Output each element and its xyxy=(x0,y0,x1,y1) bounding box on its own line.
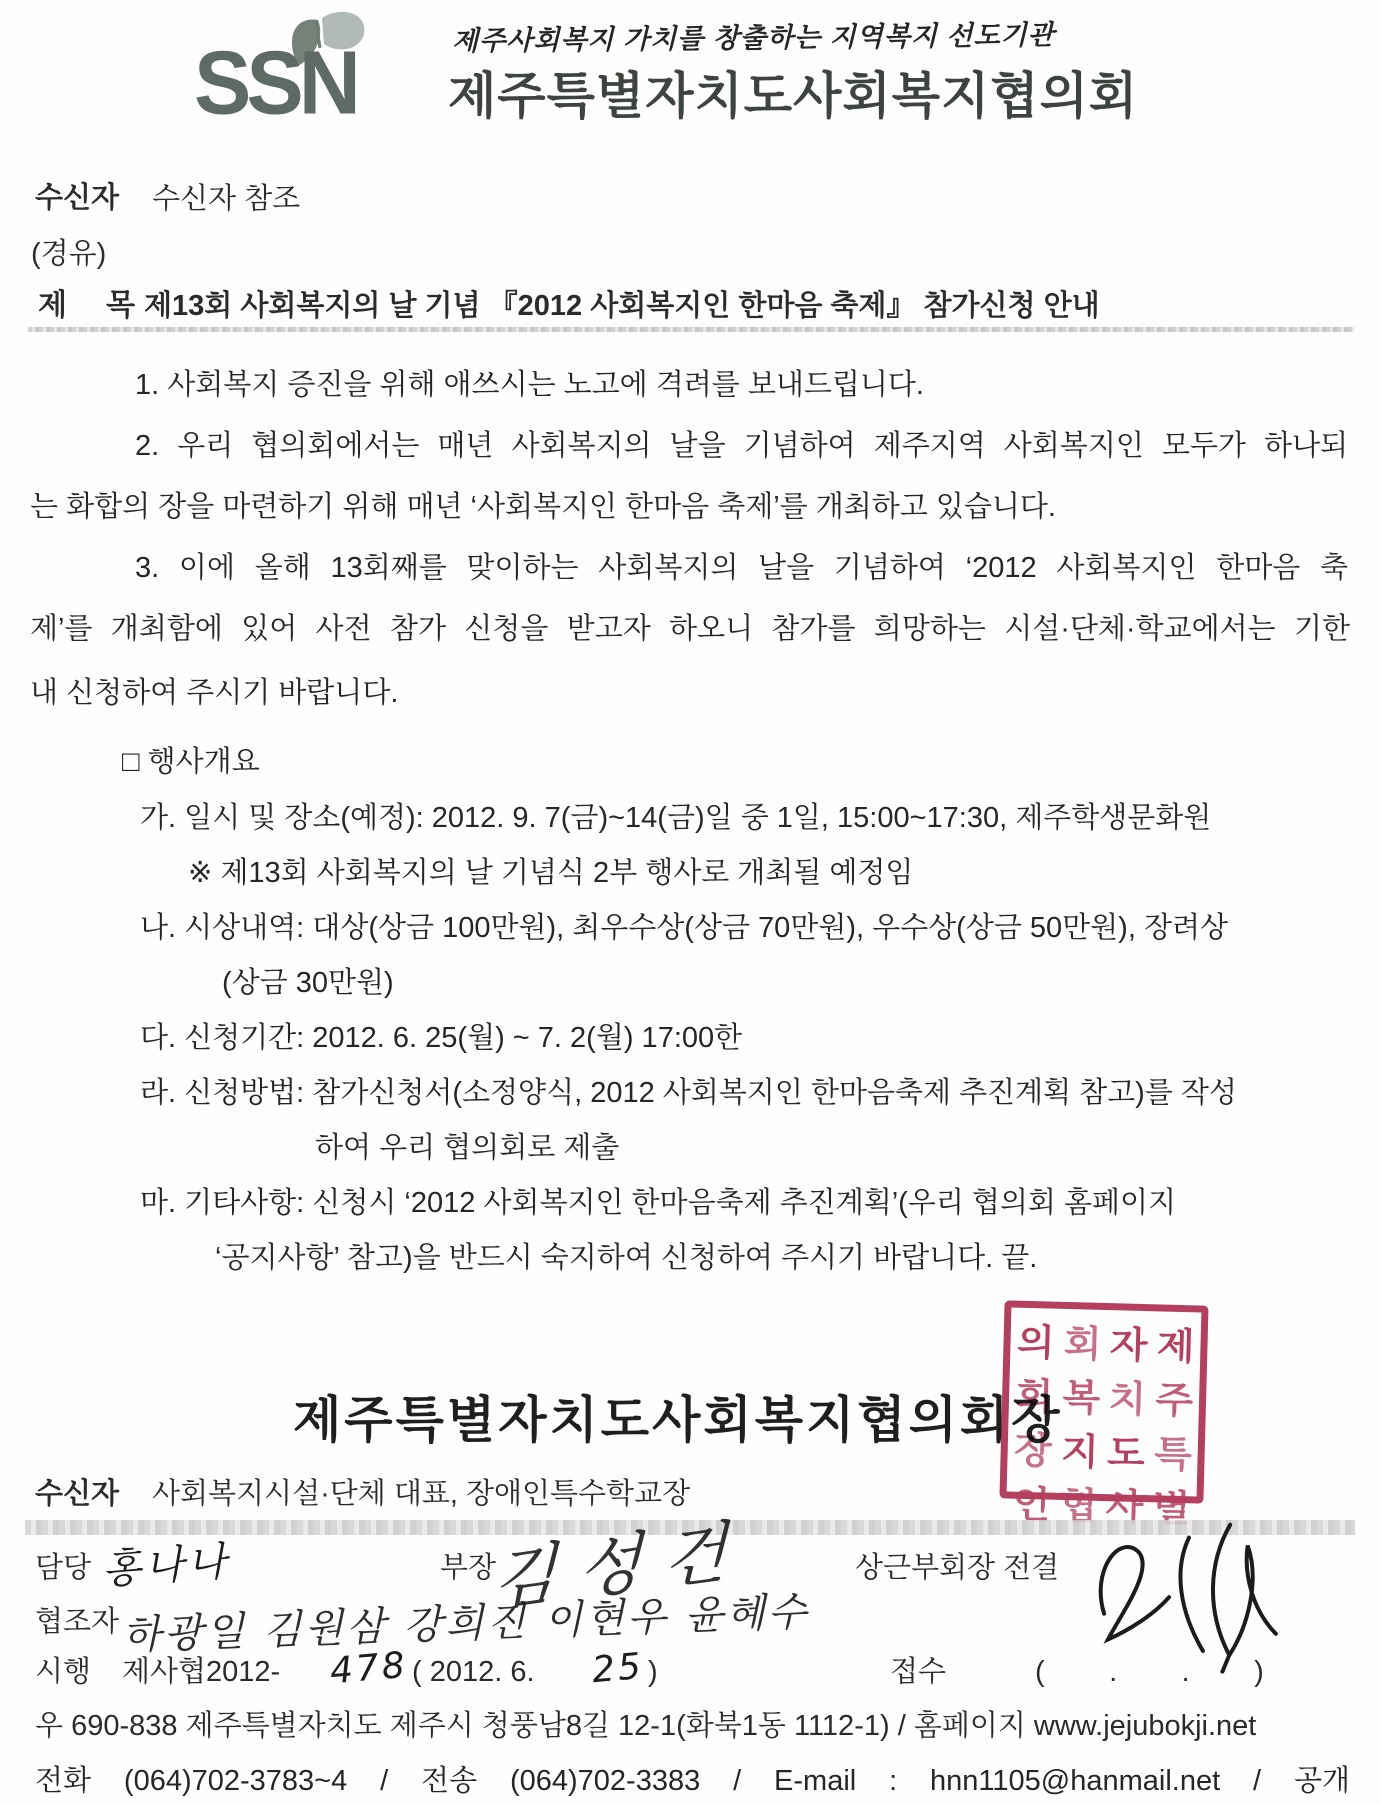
subject-value: 제13회 사회복지의 날 기념 『2012 사회복지인 한마음 축제』 참가신청… xyxy=(144,290,1100,323)
body-line: 나. 시상내역: 대상(상금 100만원), 최우수상(상금 70만원), 우수… xyxy=(140,911,1228,946)
seal-char: 의 xyxy=(1011,1312,1061,1367)
body-line: 가. 일시 및 장소(예정): 2012. 9. 7(금)~14(금)일 중 1… xyxy=(140,801,1211,836)
seal-char: 지 xyxy=(1054,1421,1104,1476)
doc-number-prefix: 제사협2012- xyxy=(122,1656,280,1689)
header-tagline: 제주사회복지 가치를 창출하는 지역복지 선도기관 xyxy=(452,13,1055,58)
body-line: 하여 우리 협의회로 제출 xyxy=(315,1131,619,1166)
signer-title: 제주특별자치도사회복지협의회장 xyxy=(293,1380,1063,1452)
ssn-logo: SSN xyxy=(194,38,356,128)
hyeopjoja-label: 협조자 xyxy=(35,1606,119,1639)
seal-char: 특 xyxy=(1147,1423,1197,1478)
seal-char: 도 xyxy=(1101,1422,1151,1477)
subject-divider xyxy=(28,327,1354,332)
body-line: 마. 기타사항: 신청시 ‘2012 사회복지인 한마음축제 추진계획’(우리 … xyxy=(140,1186,1176,1221)
seal-char: 장 xyxy=(1008,1420,1058,1475)
org-name-title: 제주특별자치도사회복지협의회 xyxy=(448,56,1138,128)
subject-label-2: 목 xyxy=(106,289,135,324)
seal-char: 치 xyxy=(1102,1368,1152,1423)
bujang-label: 부장 xyxy=(440,1552,496,1585)
body-line: 다. 신청기간: 2012. 6. 25(월) ~ 7. 2(월) 17:00한 xyxy=(140,1021,742,1056)
subject-label-1: 제 xyxy=(38,289,67,324)
body-line: 는 화합의 장을 마련하기 위해 매년 ‘사회복지인 한마음 축제’를 개최하고… xyxy=(30,490,1056,525)
doc-date-close: ) xyxy=(648,1656,658,1689)
official-red-seal: 제 주 특 별 자 치 도 사 회 복 지 협 의 회 장 인 xyxy=(999,1300,1208,1503)
body-line: 3. 이에 올해 13회째를 맞이하는 사회복지의 날을 기념하여 ‘2012 … xyxy=(135,551,1348,586)
damdang-signature: 홍나나 xyxy=(100,1530,232,1596)
jeongyeol-label: 상근부회장 전결 xyxy=(855,1552,1059,1585)
via-label: (경유) xyxy=(31,238,106,271)
body-line: ※ 제13회 사회복지의 날 기념식 2부 행사로 개최될 예정임 xyxy=(188,856,913,891)
scanned-official-letter: { "header": { "logo_text": "SSN", "tagli… xyxy=(0,0,1380,1805)
body-line: 제’를 개최함에 있어 사전 참가 신청을 받고자 하오니 참가를 희망하는 시… xyxy=(30,612,1350,647)
body-line: 라. 신청방법: 참가신청서(소정양식, 2012 사회복지인 한마음축제 추진… xyxy=(140,1076,1237,1111)
seal-char: 복 xyxy=(1056,1367,1106,1422)
recipient-label: 수신자 xyxy=(35,182,119,215)
body-line: ‘공지사항’ 참고)을 반드시 숙지하여 신청하여 주시기 바랍니다. 끝. xyxy=(215,1241,1037,1276)
jeopsu-date-blank: ( . . ) xyxy=(1035,1656,1264,1689)
recipient-value: 수신자 참조 xyxy=(152,183,300,216)
seal-char: 회 xyxy=(1057,1313,1107,1368)
sihaeng-label: 시행 xyxy=(35,1656,91,1689)
body-line: (상금 30만원) xyxy=(222,966,394,1001)
hyeopjoja-signatures: 하광일 김원삼 강희진 이현우 윤혜수 xyxy=(121,1580,810,1661)
final-recipient-value: 사회복지시설·단체 대표, 장애인특수학교장 xyxy=(152,1478,690,1511)
footer-contact: 전화 (064)702-3783~4 / 전송 (064)702-3383 / … xyxy=(35,1764,1350,1799)
final-recipient-label: 수신자 xyxy=(35,1478,119,1511)
footer-address: 우 690-838 제주특별자치도 제주시 청풍남8길 12-1(화북1동 11… xyxy=(35,1710,1256,1743)
section-heading-event-overview: □ 행사개요 xyxy=(122,745,260,780)
body-line: 1. 사회복지 증진을 위해 애쓰시는 노고에 격려를 보내드립니다. xyxy=(135,368,924,403)
body-line: 내 신청하여 주시기 바랍니다. xyxy=(30,676,398,711)
doc-date-open: ( 2012. 6. xyxy=(412,1656,535,1689)
body-line: 2. 우리 협의회에서는 매년 사회복지의 날을 기념하여 제주지역 사회복지인… xyxy=(135,429,1348,464)
seal-char: 자 xyxy=(1104,1314,1154,1369)
doc-number-handwritten: 478 xyxy=(328,1645,409,1693)
seal-char: 제 xyxy=(1150,1315,1200,1370)
doc-date-handwritten: 25 xyxy=(590,1646,645,1691)
seal-char: 주 xyxy=(1149,1369,1199,1424)
jeopsu-label: 접수 xyxy=(890,1656,946,1689)
damdang-label: 담당 xyxy=(35,1552,91,1585)
seal-char: 회 xyxy=(1009,1366,1059,1421)
